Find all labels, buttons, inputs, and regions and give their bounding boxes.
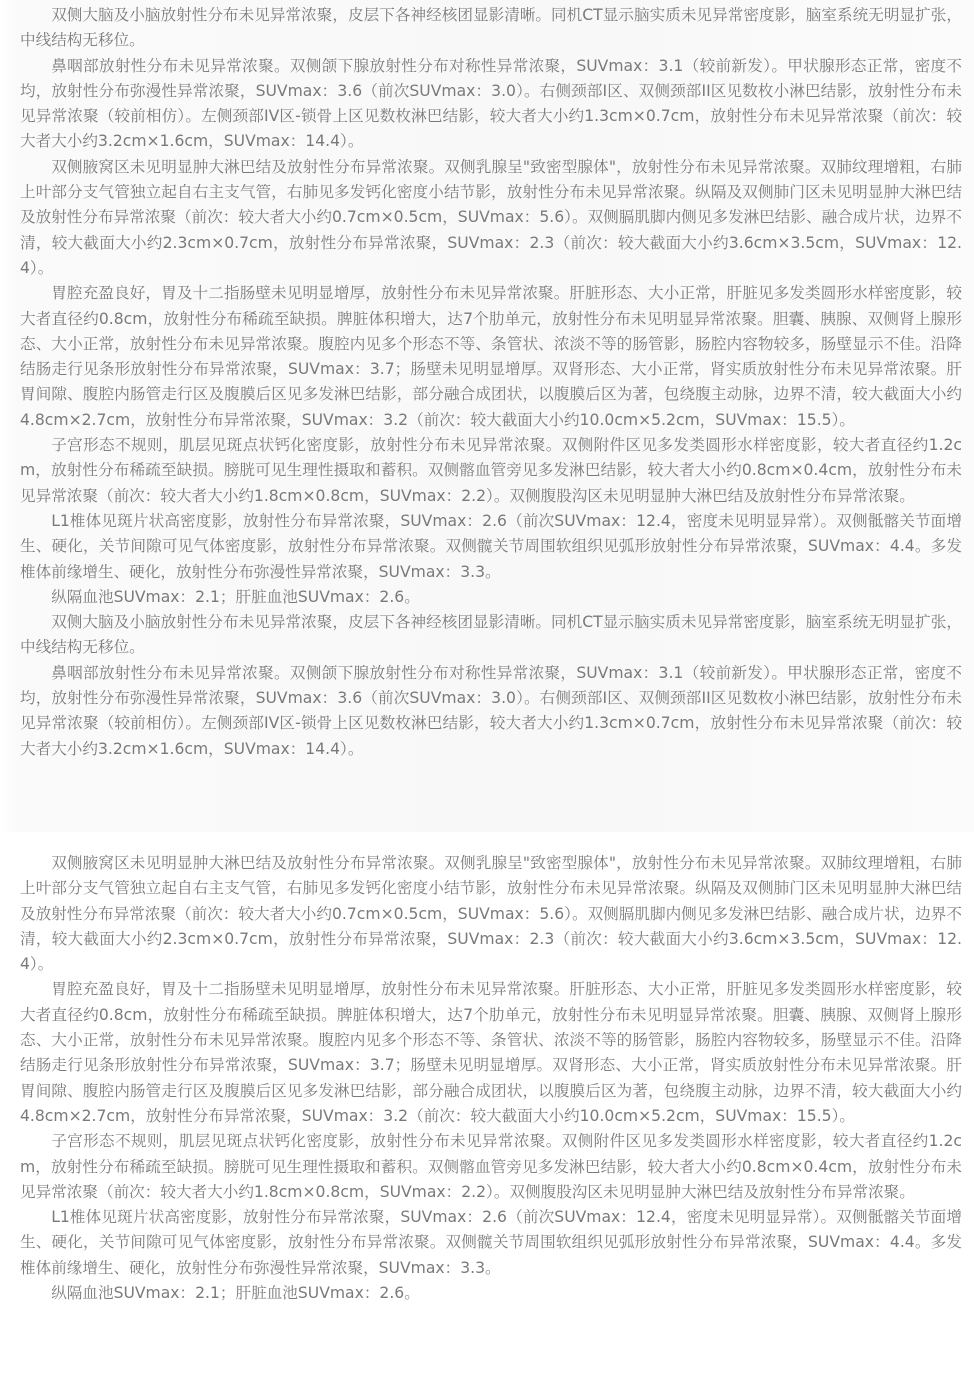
paragraph-blood-pool: 纵隔血池SUVmax：2.1；肝脏血池SUVmax：2.6。	[20, 585, 962, 610]
paragraph-pelvis: 子宫形态不规则，肌层见斑点状钙化密度影，放射性分布未见异常浓聚。双侧附件区见多发…	[20, 1129, 962, 1205]
paragraph-head-neck: 鼻咽部放射性分布未见异常浓聚。双侧颌下腺放射性分布对称性异常浓聚，SUVmax：…	[20, 54, 962, 155]
paragraph-abdomen: 胃腔充盈良好，胃及十二指肠壁未见明显增厚，放射性分布未见异常浓聚。肝脏形态、大小…	[20, 281, 962, 433]
paragraph-chest: 双侧腋窝区未见明显肿大淋巴结及放射性分布异常浓聚。双侧乳腺呈"致密型腺体"，放射…	[20, 851, 962, 977]
report-section-top: 双侧大脑及小脑放射性分布未见异常浓聚，皮层下各神经核团显影清晰。同机CT显示脑实…	[0, 0, 974, 832]
paragraph-pelvis: 子宫形态不规则，肌层见斑点状钙化密度影，放射性分布未见异常浓聚。双侧附件区见多发…	[20, 433, 962, 509]
paragraph-chest: 双侧腋窝区未见明显肿大淋巴结及放射性分布异常浓聚。双侧乳腺呈"致密型腺体"，放射…	[20, 155, 962, 281]
paragraph-head-neck-repeat: 鼻咽部放射性分布未见异常浓聚。双侧颌下腺放射性分布对称性异常浓聚，SUVmax：…	[20, 661, 962, 762]
paragraph-brain-repeat: 双侧大脑及小脑放射性分布未见异常浓聚，皮层下各神经核团显影清晰。同机CT显示脑实…	[20, 610, 962, 661]
paragraph-bone: L1椎体见斑片状高密度影，放射性分布异常浓聚，SUVmax：2.6（前次SUVm…	[20, 1205, 962, 1281]
paragraph-bone: L1椎体见斑片状高密度影，放射性分布异常浓聚，SUVmax：2.6（前次SUVm…	[20, 509, 962, 585]
paragraph-blood-pool: 纵隔血池SUVmax：2.1；肝脏血池SUVmax：2.6。	[20, 1281, 962, 1306]
paragraph-abdomen: 胃腔充盈良好，胃及十二指肠壁未见明显增厚，放射性分布未见异常浓聚。肝脏形态、大小…	[20, 977, 962, 1129]
paragraph-brain: 双侧大脑及小脑放射性分布未见异常浓聚，皮层下各神经核团显影清晰。同机CT显示脑实…	[20, 3, 962, 54]
report-section-bottom: 双侧腋窝区未见明显肿大淋巴结及放射性分布异常浓聚。双侧乳腺呈"致密型腺体"，放射…	[0, 851, 974, 1376]
